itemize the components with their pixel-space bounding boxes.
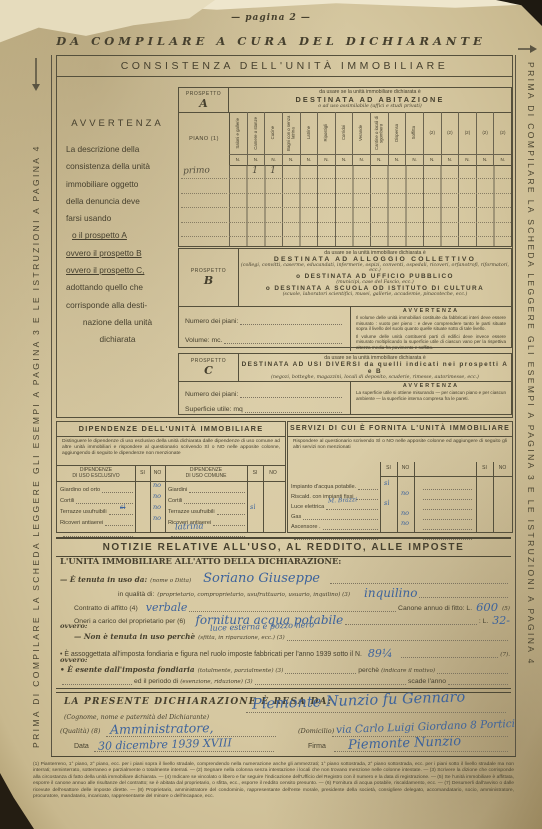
- n-label: N.: [494, 154, 511, 165]
- column-label: (2): [465, 131, 471, 136]
- n-label: N.: [424, 154, 441, 165]
- prospetto-a-destination: da usare se la unità immobiliare dichiar…: [229, 88, 511, 112]
- prospetto-b-label-cell: PROSPETTO B: [179, 249, 239, 306]
- si-header: SI: [476, 466, 493, 472]
- piano-header-cell: PIANO (1): [179, 112, 230, 165]
- notizie-title: NOTIZIE RELATIVE ALL'USO, AL REDDITO, AL…: [56, 537, 511, 557]
- n-label: N.: [336, 154, 353, 165]
- column-label: Corridoi: [342, 125, 347, 140]
- dipendenze-intro: Distinguere le dipendenze di uso esclusi…: [57, 437, 285, 459]
- column-header-cell: Cantine o locali di sgomberoN.: [370, 112, 388, 165]
- row-label: Giardini: [168, 487, 187, 493]
- handwritten-answer: no: [153, 481, 161, 489]
- prospetto-c-label-cell: PROSPETTO C: [179, 354, 239, 381]
- n-label: N.: [371, 154, 388, 165]
- periodo-label: ed il periodo di: [134, 678, 178, 685]
- destination-main: o DESTINATA A SCUOLA OD ISTITUTO DI CULT…: [239, 285, 511, 292]
- scade-label: scade l'anno: [408, 678, 446, 685]
- handwritten-answer: no: [401, 489, 409, 497]
- handwritten-declarant-name: Piemonte Nunzio fu Gennaro: [252, 689, 466, 712]
- avvertenza-line: corrisponde alla desti-: [66, 297, 169, 314]
- n-label: N.: [353, 154, 370, 165]
- handwritten-extra-dependency: latrina: [175, 522, 204, 533]
- column-header-cell: (2)N.: [476, 112, 494, 165]
- dipendenze-section: DIPENDENZE DELL'UNITÀ IMMOBILIARE Distin…: [56, 421, 286, 533]
- avvertenza-paragraph: La superficie utile si ottiene misurando…: [351, 389, 511, 402]
- perche-label: perchè: [358, 667, 379, 674]
- avvertenza-line: o il prospetto A: [66, 227, 169, 244]
- perche-hint: (indicare il motivo): [381, 668, 435, 674]
- servizi-rows: Impianto d'acqua potabile. Riscald. con …: [288, 480, 380, 540]
- avvertenza-paragraph: Il volume delle unità immobiliari costit…: [351, 314, 511, 333]
- prospetto-c-block: PROSPETTO C da usare se la unità immobil…: [178, 353, 512, 415]
- column-label: Ripostigli: [324, 124, 329, 141]
- dotted-line: [62, 682, 132, 685]
- avvertenza-line: adottando quello che: [66, 279, 169, 296]
- destination-paren: o ad uso assimilabile (uffici e studi pr…: [229, 104, 511, 109]
- avvertenza-heading: AVVERTENZA: [57, 118, 178, 129]
- non-tenuta-label: — Non è tenuta in uso perchè: [74, 632, 195, 641]
- avvertenza-line: ovvero il prospetto B: [66, 245, 169, 262]
- destination-main: DESTINATA AD ABITAZIONE: [229, 95, 511, 104]
- dark-corner-bottom-left: [0, 759, 34, 829]
- si-header: SI: [135, 471, 150, 477]
- si-header: SI: [380, 466, 397, 472]
- column-header-cell: (2)N.: [423, 112, 441, 165]
- prospetto-a-header: PROSPETTO A da usare se la unità immobil…: [179, 88, 511, 113]
- page-title: DA COMPILARE A CURA DEL DICHIARANTE: [0, 34, 542, 48]
- dotted-line: [334, 751, 508, 752]
- consistenza-title: CONSISTENZA DELL'UNITÀ IMMOBILIARE: [57, 56, 512, 77]
- handwritten-answer: no: [153, 514, 161, 522]
- n-label: N.: [229, 154, 247, 165]
- handwritten-declarant-role: Amministratore,: [110, 720, 214, 737]
- column-label: Cucine: [271, 126, 276, 139]
- handwritten-answer: no: [153, 503, 161, 511]
- left-margin-note: PRIMA DI COMPILARE LA SCHEDA LEGGERE GLI…: [31, 144, 41, 748]
- avvertenza-line: ovvero il prospetto C,: [66, 262, 169, 279]
- prospetto-b-destination: da usare se la unità immobiliare dichiar…: [239, 249, 511, 306]
- row-label: Giardino od orto: [60, 487, 100, 493]
- avvertenza-text: La descrizione della consistenza della u…: [66, 141, 169, 349]
- row-label: Luce elettrica: [291, 504, 324, 510]
- non-tenuta-hint: (sfitta, in riparazione, ecc.) (3): [198, 635, 285, 641]
- column-label: Verande: [359, 125, 364, 141]
- ovvero-label: ovvero:: [60, 622, 510, 630]
- footnotes-text: (1) Pianterreno, 1° piano, 2° piano, ecc…: [33, 762, 514, 801]
- prospetto-c-fields: Numero dei piani: Superficie utile: mq A…: [179, 382, 511, 415]
- column-header-cell: Saloni e gallerieN.: [229, 112, 247, 165]
- handwritten-answer-crossed: sì: [120, 503, 125, 511]
- prospetto-c-header: PROSPETTO C da usare se la unità immobil…: [179, 354, 511, 382]
- destination-paren: (negozi, botteghe, magazzini, locali di …: [239, 375, 511, 380]
- dotted-line: [94, 751, 274, 752]
- dotted-line: [240, 395, 342, 398]
- prospetto-c-destination: da usare se la unità immobiliare dichiar…: [239, 354, 511, 381]
- column-header-cell: RipostigliN.: [317, 112, 335, 165]
- superficie-label: Superficie utile: mq: [185, 406, 243, 413]
- n-label: N.: [248, 154, 265, 165]
- qualita-label: (Qualità) (8): [60, 727, 100, 735]
- data-label: Data: [74, 743, 89, 750]
- prospetto-b-block: PROSPETTO B da usare se la unità immobil…: [178, 248, 512, 348]
- column-header-cell: Camere o stanzeN.: [247, 112, 265, 165]
- no-header: NO: [150, 471, 165, 477]
- prospetto-b-inputs: Numero dei piani: Volume: mc.: [179, 307, 351, 351]
- avvertenza-line: nazione della unità: [66, 314, 169, 331]
- prospetto-b-fields: Numero dei piani: Volume: mc. AVVERTENZA…: [179, 307, 511, 351]
- column-header-cell: VerandeN.: [352, 112, 370, 165]
- row-label: Gas: [291, 514, 301, 520]
- servizi-table-head: SI NO SI NO: [380, 462, 512, 477]
- dipendenze-title: DIPENDENZE DELL'UNITÀ IMMOBILIARE: [57, 422, 285, 437]
- avvertenza-line: consistenza della unità: [66, 158, 169, 175]
- volume-label: Volume: mc.: [185, 337, 222, 344]
- handwritten-domicile: via Carlo Luigi Giordano 8 Portici: [336, 718, 515, 736]
- column-header-cell: (2)N.: [441, 112, 459, 165]
- atto-heading: L'UNITÀ IMMOBILIARE ALL'ATTO DELLA DICHI…: [60, 556, 510, 566]
- no-header: NO: [263, 471, 283, 477]
- destination-main: DESTINATA AD USI DIVERSI da quelli indic…: [239, 361, 511, 375]
- destination-paren: (scuole, laboratori scientifici, musei, …: [239, 292, 511, 297]
- dipendenze-table-head: DIPENDENZEDI USO ESCLUSIVO SI NO DIPENDE…: [57, 466, 285, 482]
- left-rule: [51, 55, 52, 756]
- page-number: — pagina 2 —: [0, 13, 542, 23]
- n-label: N.: [406, 154, 423, 165]
- table-grid: 1 1: [229, 165, 511, 246]
- dichiarazione-section: LA PRESENTE DICHIARAZIONE È RESA DA: Pie…: [56, 693, 511, 757]
- notizie-content: L'UNITÀ IMMOBILIARE ALL'ATTO DELLA DICHI…: [60, 556, 510, 688]
- column-label: Bagni con o senza latrina: [287, 114, 296, 152]
- numero-piani-label: Numero dei piani:: [185, 391, 238, 398]
- row-label: Terrazze usufruibili: [60, 509, 107, 515]
- esente-hint: (totalmente, parzialmente) (3): [198, 668, 284, 674]
- n-label: N.: [389, 154, 406, 165]
- n-label: N.: [442, 154, 459, 165]
- dipendenze-table: DIPENDENZEDI USO ESCLUSIVO SI NO DIPENDE…: [57, 465, 285, 532]
- n-label: N.: [477, 154, 494, 165]
- handwritten-count-cucine: 1: [270, 165, 276, 176]
- avvertenza-column: AVVERTENZA La descrizione della consiste…: [57, 76, 178, 417]
- ovvero-label: ovvero:: [60, 656, 510, 664]
- col-esclusivo-header: DIPENDENZEDI USO ESCLUSIVO: [57, 468, 135, 480]
- tenuta-label: — È tenuta in uso da:: [60, 575, 147, 584]
- handwritten-answer: no: [401, 509, 409, 517]
- row-label: Cortili: [60, 498, 74, 504]
- column-header-cell: Bagni con o senza latrinaN.: [282, 112, 300, 165]
- column-label: (2): [500, 131, 506, 136]
- prospetto-letter: A: [199, 97, 208, 110]
- dotted-line: [255, 682, 406, 685]
- avvertenza-paragraph: Il volume delle unità costituenti parti …: [351, 333, 511, 352]
- handwritten-floor: primo: [183, 166, 210, 177]
- n-label: N.: [318, 154, 335, 165]
- dotted-line: [285, 671, 356, 674]
- row-label: Ricoveri antiaerei: [60, 520, 103, 526]
- column-label: Saloni e gallerie: [236, 118, 241, 149]
- column-label: Camere o stanze: [254, 117, 259, 150]
- row-label: Terrazze usufruibili: [168, 509, 215, 515]
- dotted-line: [245, 410, 342, 413]
- servizi-extra-lines: [418, 480, 474, 540]
- no-header: NO: [397, 466, 414, 472]
- handwritten-answer: no: [153, 492, 161, 500]
- servizi-table: SI NO SI NO Impianto d'acqua potabile. R…: [288, 462, 512, 532]
- column-label: Soffitta: [412, 126, 417, 139]
- dotted-line: [246, 712, 506, 713]
- dotted-line: [287, 638, 508, 641]
- column-header-cell: SoffittaN.: [405, 112, 423, 165]
- row-label: Ascensore .: [291, 524, 321, 530]
- right-arrow-icon: [518, 44, 538, 54]
- row-label: Cortili: [168, 498, 182, 504]
- scanned-form-page: — pagina 2 — DA COMPILARE A CURA DEL DIC…: [0, 0, 542, 829]
- handwritten-count-camere: 1: [252, 165, 258, 176]
- dotted-line: [224, 341, 342, 344]
- prospetto-b-avvertenza: AVVERTENZA Il volume delle unità immobil…: [351, 307, 511, 351]
- periodo-hint: (esenzione, riduzione) (3): [180, 679, 252, 685]
- prospetto-a-label-cell: PROSPETTO A: [179, 88, 229, 112]
- column-label: (2): [482, 131, 488, 136]
- firma-label: Firma: [308, 743, 326, 750]
- qualita-label: in qualità di:: [118, 591, 154, 598]
- prospetto-a-data: primo 1 1: [179, 165, 511, 246]
- n-label: N.: [301, 154, 318, 165]
- no-header: NO: [493, 466, 512, 472]
- prospetto-a-columns: Saloni e gallerieN. Camere o stanzeN. Cu…: [229, 112, 511, 166]
- n-label: N.: [283, 154, 300, 165]
- down-arrow-icon: [31, 58, 41, 92]
- avvertenza-line: della denuncia deve: [66, 193, 169, 210]
- column-header-cell: LatrineN.: [300, 112, 318, 165]
- consistenza-section: CONSISTENZA DELL'UNITÀ IMMOBILIARE AVVER…: [56, 55, 513, 418]
- col-comune-header: DIPENDENZEDI USO COMUNE: [165, 468, 247, 480]
- avvertenza-line: farsi usando: [66, 210, 169, 227]
- n-label: N.: [265, 154, 282, 165]
- destination-paren: (collegi, convitti, caserme, educandati,…: [239, 263, 511, 273]
- column-label: Dispensa: [395, 124, 400, 142]
- handwritten-answer: sì: [384, 479, 389, 487]
- prospetto-letter: B: [204, 274, 213, 287]
- numero-piani-label: Numero dei piani:: [185, 318, 238, 325]
- dotted-line: [448, 682, 508, 685]
- bottom-rule: [51, 756, 516, 757]
- column-header-cell: (2)N.: [458, 112, 476, 165]
- dotted-line: [240, 322, 342, 325]
- avvertenza-line: dichiarata: [66, 331, 169, 348]
- dotted-line: [437, 671, 508, 674]
- column-label: (2): [447, 131, 453, 136]
- esente-label: • È esente dall'imposta fondiaria: [60, 665, 195, 674]
- handwritten-answer: sì: [384, 499, 389, 507]
- right-margin-note: PRIMA DI COMPILARE LA SCHEDA LEGGERE GLI…: [526, 62, 536, 666]
- prospetto-a-table: PROSPETTO A da usare se la unità immobil…: [178, 87, 512, 247]
- si-header: SI: [247, 471, 263, 477]
- servizi-title: SERVIZI DI CUI È FORNITA L'UNITÀ IMMOBIL…: [288, 422, 512, 437]
- avvertenza-line: La descrizione della: [66, 141, 169, 158]
- destination-main: DESTINATA AD ALLOGGIO COLLETTIVO: [239, 256, 511, 263]
- handwritten-answer: no: [401, 519, 409, 527]
- prospetto-letter: C: [204, 364, 213, 377]
- n-label: N.: [459, 154, 476, 165]
- column-label: (2): [429, 131, 435, 136]
- column-label: Latrine: [307, 126, 312, 139]
- servizi-section: SERVIZI DI CUI È FORNITA L'UNITÀ IMMOBIL…: [287, 421, 513, 533]
- right-rule: [515, 55, 516, 756]
- piano-column: primo: [179, 165, 230, 246]
- column-header-cell: (2)N.: [493, 112, 511, 165]
- handwritten-answer: sì: [250, 503, 255, 511]
- destination-main: o DESTINATA AD UFFICIO PUBBLICO: [239, 273, 511, 280]
- prospetto-c-inputs: Numero dei piani: Superficie utile: mq: [179, 382, 351, 415]
- prospetto-c-avvertenza: AVVERTENZA La superficie utile si ottien…: [351, 382, 511, 415]
- column-header-cell: CorridoiN.: [335, 112, 353, 165]
- column-header-cell: DispensaN.: [388, 112, 406, 165]
- column-label: Cantine o locali di sgombero: [375, 114, 384, 152]
- avvertenza-line: immobiliare oggetto: [66, 176, 169, 193]
- domicilio-label: (Domicilio): [298, 727, 334, 735]
- column-header-cell: CucineN.: [264, 112, 282, 165]
- row-label: Impianto d'acqua potabile.: [291, 484, 356, 490]
- prospetto-b-header: PROSPETTO B da usare se la unità immobil…: [179, 249, 511, 307]
- servizi-intro: Rispondere al questionario scrivendo SÌ …: [288, 437, 512, 453]
